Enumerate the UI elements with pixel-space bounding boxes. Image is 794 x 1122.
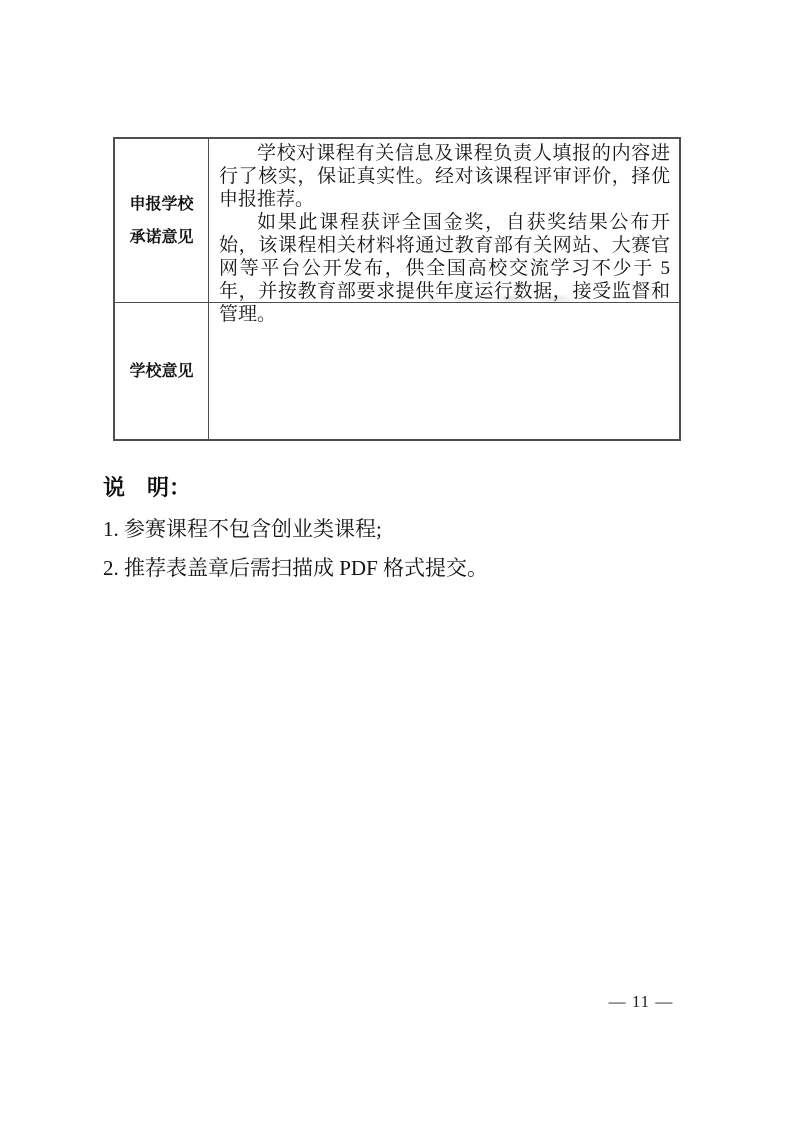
content-cell-commitment: 学校对课程有关信息及课程负责人填报的内容进行了核实，保证真实性。经对该课程评审评… (209, 139, 679, 302)
document-page: 申报学校 承诺意见 学校对课程有关信息及课程负责人填报的内容进行了核实，保证真实… (0, 0, 794, 1122)
commitment-paragraph-1: 学校对课程有关信息及课程负责人填报的内容进行了核实，保证真实性。经对该课程评审评… (219, 142, 670, 211)
commitment-label-line-2: 承诺意见 (129, 221, 193, 254)
note-item-1: 1. 参赛课程不包含创业类课程; (103, 517, 683, 541)
table-row-commitment: 申报学校 承诺意见 学校对课程有关信息及课程负责人填报的内容进行了核实，保证真实… (115, 139, 679, 303)
label-cell-school-opinion: 学校意见 (115, 303, 209, 439)
commitment-table: 申报学校 承诺意见 学校对课程有关信息及课程负责人填报的内容进行了核实，保证真实… (113, 137, 681, 441)
page-number: — 11 — (596, 992, 686, 1012)
school-opinion-label: 学校意见 (129, 355, 193, 388)
table-row-school-opinion: 学校意见 (115, 303, 679, 439)
scan-artifact (428, 296, 578, 302)
notes-section: 说 明： 1. 参赛课程不包含创业类课程; 2. 推荐表盖章后需扫描成 PDF … (103, 471, 683, 580)
note-item-2: 2. 推荐表盖章后需扫描成 PDF 格式提交。 (103, 556, 683, 580)
notes-heading: 说 明： (103, 471, 683, 502)
commitment-label-line-1: 申报学校 (129, 188, 193, 221)
label-cell-commitment: 申报学校 承诺意见 (115, 139, 209, 302)
content-cell-school-opinion-empty (209, 303, 679, 439)
